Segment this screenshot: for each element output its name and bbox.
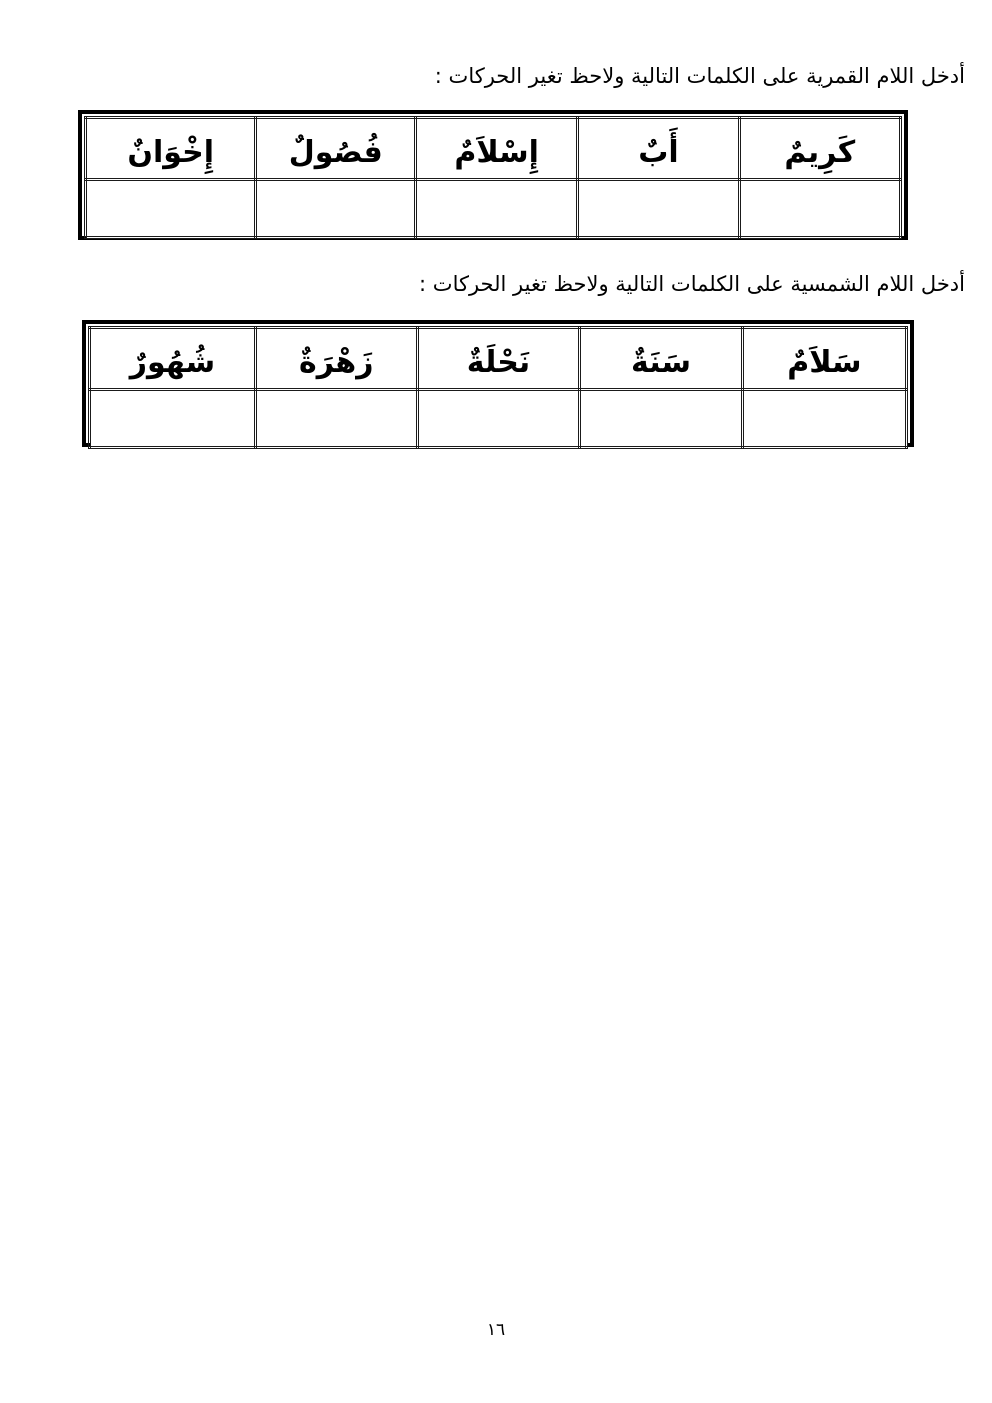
word-cell: فُصُولٌ xyxy=(256,118,416,180)
word-cell: نَحْلَةٌ xyxy=(417,328,580,390)
answer-cell xyxy=(742,390,906,448)
answer-cell xyxy=(739,180,900,238)
word-cell: إِخْوَانٌ xyxy=(86,118,256,180)
page-number: ١٦ xyxy=(0,1320,992,1340)
word-cell: إِسْلاَمٌ xyxy=(416,118,578,180)
answer-cell xyxy=(86,180,256,238)
word-cell: كَرِيمٌ xyxy=(739,118,900,180)
answer-cell xyxy=(256,180,416,238)
qamari-answer-row xyxy=(86,180,901,238)
answer-cell xyxy=(578,180,739,238)
answer-cell xyxy=(416,180,578,238)
qamari-word-row: كَرِيمٌ أَبٌ إِسْلاَمٌ فُصُولٌ إِخْوَانٌ xyxy=(86,118,901,180)
answer-cell xyxy=(255,390,417,448)
word-cell: أَبٌ xyxy=(578,118,739,180)
word-cell: زَهْرَةٌ xyxy=(255,328,417,390)
answer-cell xyxy=(90,390,256,448)
word-cell: سَنَةٌ xyxy=(580,328,743,390)
shamsi-instruction: أدخل اللام الشمسية على الكلمات التالية و… xyxy=(419,272,965,296)
word-cell: سَلاَمٌ xyxy=(742,328,906,390)
answer-cell xyxy=(417,390,580,448)
shamsi-words-table: سَلاَمٌ سَنَةٌ نَحْلَةٌ زَهْرَةٌ شُهُورٌ xyxy=(82,320,914,447)
qamari-words-table: كَرِيمٌ أَبٌ إِسْلاَمٌ فُصُولٌ إِخْوَانٌ xyxy=(78,110,908,240)
shamsi-word-row: سَلاَمٌ سَنَةٌ نَحْلَةٌ زَهْرَةٌ شُهُورٌ xyxy=(90,328,907,390)
answer-cell xyxy=(580,390,743,448)
shamsi-answer-row xyxy=(90,390,907,448)
word-cell: شُهُورٌ xyxy=(90,328,256,390)
worksheet-page: أدخل اللام القمرية على الكلمات التالية و… xyxy=(0,0,992,1403)
qamari-instruction: أدخل اللام القمرية على الكلمات التالية و… xyxy=(435,64,965,88)
